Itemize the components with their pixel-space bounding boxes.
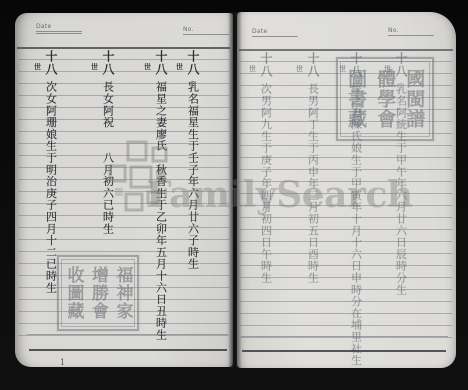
seal-text-column: 福神家 <box>112 266 132 320</box>
generation-header: 十八 <box>307 52 319 78</box>
number-label: No. <box>183 26 229 35</box>
generation-marker: 世 <box>249 64 256 74</box>
genealogy-column: 十八 世 長男阿丁生于丙申年三月初五日酉時生 <box>304 52 322 284</box>
entry-text: 福星之妻廖氏 秋香生于乙卯年五月十六日丑時生 <box>156 81 167 341</box>
date-label-text: Date <box>252 28 268 35</box>
collection-seal: 福神家 增勝會 收圖藏 <box>57 255 139 331</box>
generation-header: 十八 <box>155 50 167 76</box>
date-label: Date <box>252 28 298 37</box>
number-underline <box>388 35 434 36</box>
genealogy-column: 十八 世 乳名福星生于壬子年六月廿六子時生 <box>184 50 202 270</box>
footer-rule-thin <box>27 334 228 335</box>
seal-text-column: 增勝會 <box>88 266 108 320</box>
seal-text-column: 圖書藏 <box>345 69 367 129</box>
generation-marker: 世 <box>91 62 98 72</box>
generation-marker: 世 <box>34 62 41 72</box>
right-page: Date No. 十八 世 乳名阿統生于甲午年六月廿六日辰時分生 十八 世 統之… <box>237 12 456 368</box>
generation-marker: 世 <box>144 62 151 72</box>
entry-text: 次男阿九生于庚子年四月初四日午時生 <box>261 83 272 284</box>
number-label-text: No. <box>183 26 194 33</box>
number-underline <box>183 34 229 35</box>
genealogy-column: 十八 世 長女阿祝 八月初六已時生 <box>99 50 117 234</box>
date-underline <box>252 36 298 37</box>
generation-marker: 世 <box>296 64 303 74</box>
entry-text: 次女阿珊娘生于明治庚子四月十二已時生 <box>46 81 57 293</box>
library-seal: 國閩譜 體學會 圖書藏 <box>336 57 434 141</box>
generation-header: 十八 <box>45 50 57 76</box>
date-underline <box>36 31 82 32</box>
seal-text-column: 國閩譜 <box>403 69 425 129</box>
entry-text: 長女阿祝 八月初六已時生 <box>103 81 114 234</box>
date-label: Date <box>36 23 82 34</box>
generation-header: 十八 <box>102 50 114 76</box>
header-rule <box>239 49 453 51</box>
header-rule <box>17 47 230 49</box>
footer-rule-thick <box>29 349 227 351</box>
footer-rule-thin <box>241 336 448 337</box>
genealogy-column: 十八 世 福星之妻廖氏 秋香生于乙卯年五月十六日丑時生 <box>152 50 170 341</box>
generation-header: 十八 <box>187 50 199 76</box>
left-page: Date No. 十八 世 乳名福星生于壬子年六月廿六子時生 十八 世 福星之妻… <box>15 13 233 367</box>
footer-rule-thick <box>242 350 446 352</box>
seal-text-column: 收圖藏 <box>63 266 83 320</box>
genealogy-column: 十八 世 次男阿九生于庚子年四月初四日午時生 <box>257 52 275 284</box>
seal-text-column: 體學會 <box>374 69 396 129</box>
number-label-text: No. <box>388 27 399 34</box>
entry-text: 長男阿丁生于丙申年三月初五日酉時生 <box>308 83 319 284</box>
generation-marker: 世 <box>176 62 183 72</box>
generation-header: 十八 <box>260 52 272 78</box>
entry-text: 乳名福星生于壬子年六月廿六子時生 <box>188 81 199 270</box>
number-label: No. <box>388 27 434 36</box>
date-label-text: Date <box>36 23 52 30</box>
page-number: 1 <box>60 358 65 367</box>
scanned-genealogy-photo: Date No. 十八 世 乳名福星生于壬子年六月廿六子時生 十八 世 福星之妻… <box>0 0 468 390</box>
date-underline-2 <box>36 33 82 34</box>
